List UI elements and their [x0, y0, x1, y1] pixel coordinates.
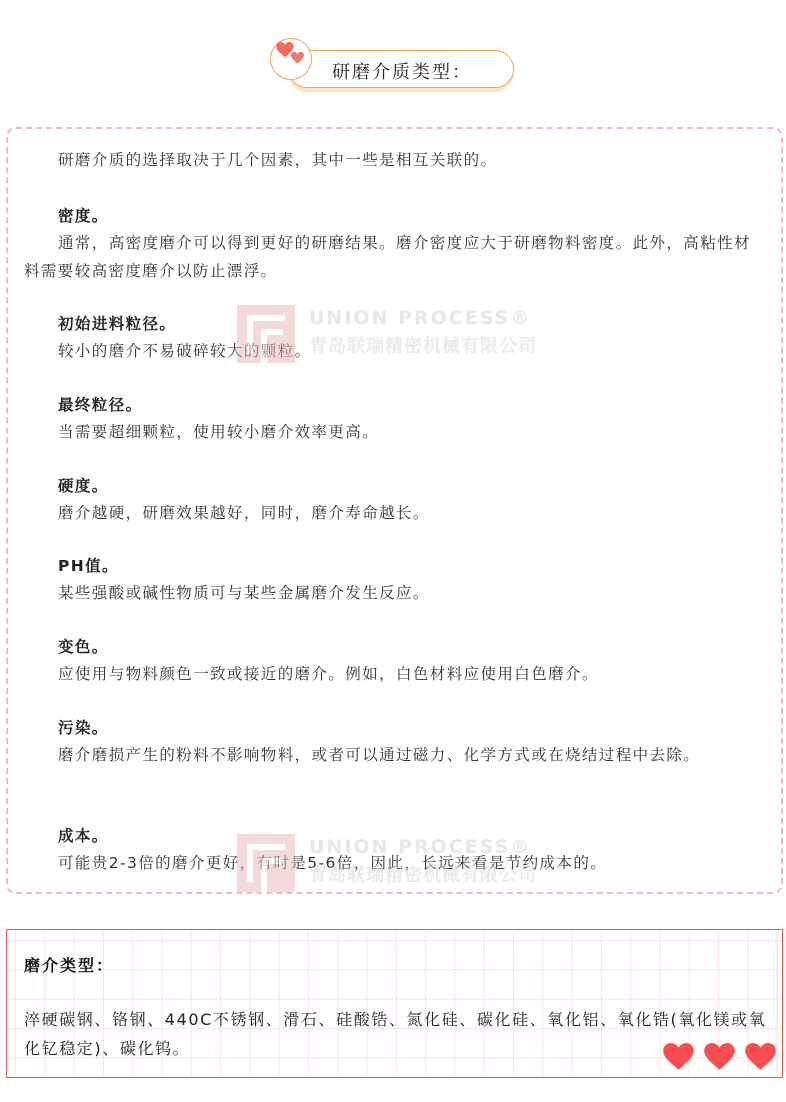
section-heading-feed-size: 初始进料粒径。	[24, 310, 764, 338]
section-heading-density: 密度。	[24, 202, 764, 230]
heart-icon	[663, 1043, 694, 1071]
page-title: 研磨介质类型：	[332, 58, 472, 84]
section-body-hardness: 磨介越硬，研磨效果越好，同时，磨介寿命越长。	[24, 499, 764, 527]
heart-icon	[291, 52, 304, 64]
section-body-ph: 某些强酸或碱性物质可与某些金属磨介发生反应。	[24, 579, 764, 607]
heart-icon	[704, 1043, 735, 1071]
section-body-contamination: 磨介磨损产生的粉料不影响物料，或者可以通过磁力、化学方式或在烧结过程中去除。	[24, 741, 764, 769]
section-heading-discoloration: 变色。	[24, 633, 764, 661]
section-heading-hardness: 硬度。	[24, 472, 764, 500]
intro-text: 研磨介质的选择取决于几个因素，其中一些是相互关联的。	[24, 146, 764, 174]
section-body-feed-size: 较小的磨介不易破碎较大的颗粒。	[24, 337, 764, 365]
section-heading-contamination: 污染。	[24, 714, 764, 742]
media-types-panel: 磨介类型： 淬硬碳钢、铬钢、440C不锈钢、滑石、硅酸锆、氮化硅、碳化硅、氧化铝…	[6, 929, 783, 1078]
media-types-title: 磨介类型：	[24, 953, 114, 976]
section-heading-ph: PH值。	[24, 552, 764, 580]
section-title-badge: 研磨介质类型：	[270, 38, 516, 94]
heart-icon	[745, 1043, 776, 1071]
section-body-cost: 可能贵2-3倍的磨介更好，有时是5-6倍，因此，长远来看是节约成本的。	[24, 849, 764, 877]
section-body-density: 通常，高密度磨介可以得到更好的研磨结果。磨介密度应大于研磨物料密度。此外，高粘性…	[24, 229, 764, 285]
hearts-decoration	[663, 1043, 776, 1071]
section-heading-cost: 成本。	[24, 822, 764, 850]
section-heading-final-size: 最终粒径。	[24, 391, 764, 419]
section-body-discoloration: 应使用与物料颜色一致或接近的磨介。例如，白色材料应使用白色磨介。	[24, 660, 764, 688]
section-body-final-size: 当需要超细颗粒，使用较小磨介效率更高。	[24, 418, 764, 446]
media-types-list: 淬硬碳钢、铬钢、440C不锈钢、滑石、硅酸锆、氮化硅、碳化硅、氧化铝、氧化锆(氧…	[24, 1005, 772, 1063]
